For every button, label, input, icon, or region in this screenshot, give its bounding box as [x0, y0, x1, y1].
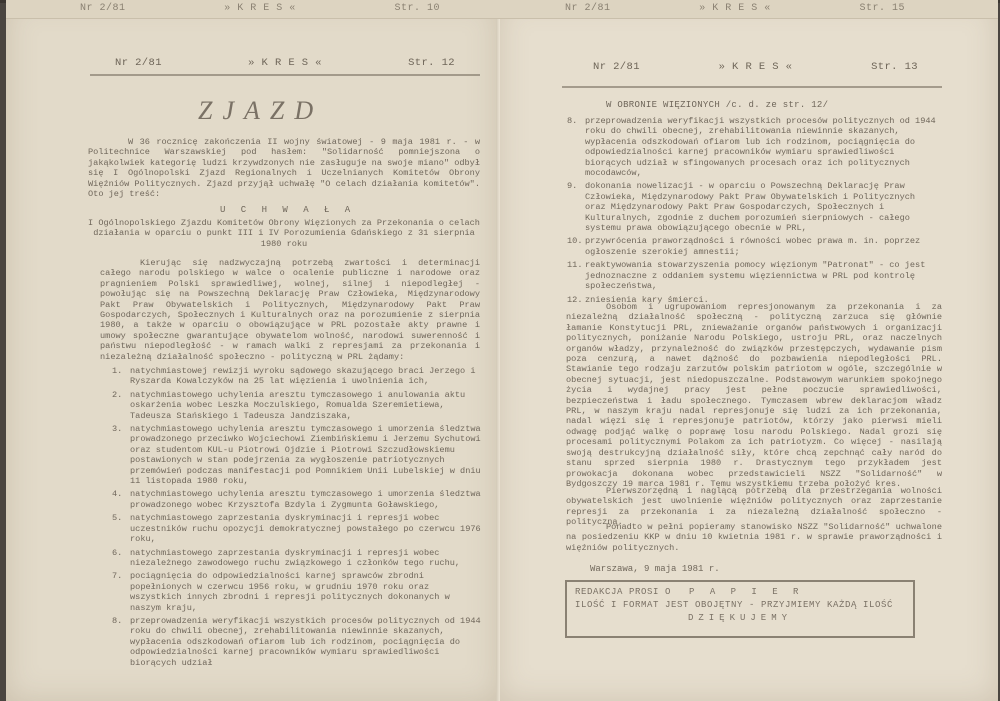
page-number: Str. 10	[394, 3, 440, 14]
left-page-header: Nr 2/81 » K R E S « Str. 12	[115, 57, 455, 69]
intro-paragraph: W 36 rocznicę zakończenia II wojny świat…	[88, 137, 480, 199]
section-title: W OBRONIE WIĘZIONYCH /c. d. ze str. 12/	[606, 100, 828, 110]
publication-title: » K R E S «	[248, 57, 322, 69]
notice-line-3: DZIĘKUJEMY	[575, 612, 905, 625]
right-page-header: Nr 2/81 » K R E S « Str. 13	[593, 61, 918, 73]
preamble-paragraph: Kierując się nadzwyczajną potrzebą zwart…	[100, 258, 480, 362]
demand-item: 7.pociągnięcia do odpowiedzialności karn…	[112, 571, 482, 613]
header-rule	[562, 86, 942, 88]
demand-item: 2.natychmiastowego uchylenia aresztu tym…	[112, 390, 482, 421]
demand-item: 8.przeprowadzenia weryfikacji wszystkich…	[567, 116, 937, 178]
underlying-right-header: Nr 2/81 » K R E S « Str. 15	[565, 3, 905, 14]
publication-title: » K R E S «	[699, 3, 771, 14]
issue-number: Nr 2/81	[565, 3, 611, 14]
demand-item: 6.natychmiastowego zaprzestania dyskrymi…	[112, 548, 482, 569]
demand-item: 10.przywrócenia praworządności i równośc…	[567, 236, 937, 257]
demand-item: 1.natychmiastowej rewizji wyroku sądoweg…	[112, 366, 482, 387]
demand-item: 3.natychmiastowego uchylenia aresztu tym…	[112, 424, 482, 486]
demands-list-right: 8.przeprowadzenia weryfikacji wszystkich…	[567, 116, 937, 308]
demand-item: 5.natychmiastowego zaprzestania dyskrymi…	[112, 513, 482, 544]
scanned-document-spread: Nr 2/81 » K R E S « Str. 10 Nr 2/81 » K …	[0, 0, 1000, 701]
demand-item: 11.reaktywowania stowarzyszenia pomocy w…	[567, 260, 937, 291]
publication-title: » K R E S «	[224, 3, 296, 14]
demand-item: 4.natychmiastowego uchylenia aresztu tym…	[112, 489, 482, 510]
body-paragraph-1: Osobom i ugrupowaniom represjonowanym za…	[566, 302, 942, 489]
page-number: Str. 12	[408, 57, 455, 69]
notice-box: REDAKCJA PROSI O P A P I E R ILOŚĆ I FOR…	[565, 580, 915, 638]
notice-line-2: ILOŚĆ I FORMAT JEST OBOJĘTNY - PRZYJMIEM…	[575, 599, 905, 612]
article-title: ZJAZD	[198, 96, 323, 126]
resolution-heading: U C H W A Ł A	[220, 205, 355, 215]
demand-item: 8.przeprowadzenia weryfikacji wszystkich…	[112, 616, 482, 668]
resolution-subtitle: I Ogólnopolskiego Zjazdu Komitetów Obron…	[85, 218, 483, 249]
issue-number: Nr 2/81	[80, 3, 126, 14]
issue-number: Nr 2/81	[115, 57, 162, 69]
body-paragraph-3: Ponadto w pełni popieramy stanowisko NSZ…	[566, 522, 942, 553]
demands-list-left: 1.natychmiastowej rewizji wyroku sądoweg…	[112, 366, 482, 671]
signoff-date: Warszawa, 9 maja 1981 r.	[590, 564, 720, 574]
underlying-left-header: Nr 2/81 » K R E S « Str. 10	[80, 3, 440, 14]
notice-line-1: REDAKCJA PROSI O P A P I E R	[575, 586, 905, 599]
page-number: Str. 15	[859, 3, 905, 14]
demand-item: 9.dokonania nowelizacji - w oparciu o Po…	[567, 181, 937, 233]
page-number: Str. 13	[871, 61, 918, 73]
header-rule	[90, 74, 480, 76]
publication-title: » K R E S «	[719, 61, 793, 73]
page-fold	[496, 0, 500, 701]
issue-number: Nr 2/81	[593, 61, 640, 73]
